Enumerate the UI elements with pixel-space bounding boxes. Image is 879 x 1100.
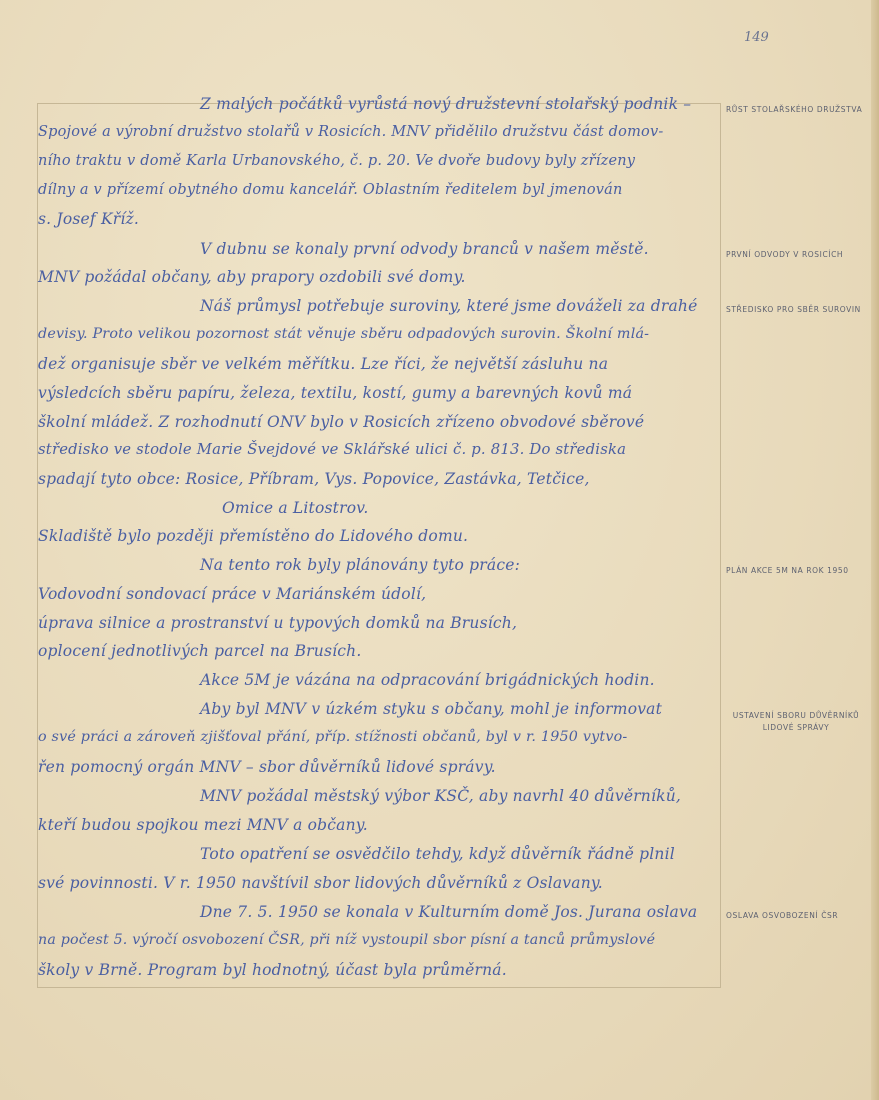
text-line: dež organisuje sběr ve velkém měřítku. L… xyxy=(38,355,608,373)
text-line: Toto opatření se osvědčilo tehdy, když d… xyxy=(200,845,675,863)
text-line: devisy. Proto velikou pozornost stát věn… xyxy=(38,326,649,342)
margin-note: První odvody v Rosicích xyxy=(726,250,843,259)
text-line: výsledcích sběru papíru, železa, textilu… xyxy=(38,384,632,402)
text-line: středisko ve stodole Marie Švejdové ve S… xyxy=(38,441,626,458)
page-number: 149 xyxy=(744,30,769,45)
text-line: ního traktu v domě Karla Urbanovského, č… xyxy=(38,153,635,169)
margin-note: Růst stolařského družstva xyxy=(726,105,862,114)
text-line: Vodovodní sondovací práce v Mariánském ú… xyxy=(38,585,426,603)
margin-note: Středisko pro sběr surovin xyxy=(726,305,861,314)
margin-note: Plán akce 5M na rok 1950 xyxy=(726,566,849,575)
text-line: oplocení jednotlivých parcel na Brusích. xyxy=(38,642,361,660)
text-line: Dne 7. 5. 1950 se konala v Kulturním dom… xyxy=(200,903,697,921)
text-line: s. Josef Kříž. xyxy=(38,210,139,228)
margin-note: Ustavení sboru důvěrníků lidové správy xyxy=(726,710,866,734)
text-line: Spojové a výrobní družstvo stolařů v Ros… xyxy=(38,124,663,140)
margin-note: Oslava osvobození ČSR xyxy=(726,911,838,920)
text-line: své povinnosti. V r. 1950 navštívil sbor… xyxy=(38,874,603,892)
page-edge xyxy=(871,0,879,1100)
text-line: spadají tyto obce: Rosice, Příbram, Vys.… xyxy=(38,470,590,488)
text-line: Z malých počátků vyrůstá nový družstevní… xyxy=(200,95,691,113)
text-line: Aby byl MNV v úzkém styku s občany, mohl… xyxy=(200,700,662,718)
text-line: školy v Brně. Program byl hodnotný, účas… xyxy=(38,961,507,979)
text-line: školní mládež. Z rozhodnutí ONV bylo v R… xyxy=(38,413,644,431)
text-line: o své práci a zároveň zjišťoval přání, p… xyxy=(38,729,627,745)
text-line: na počest 5. výročí osvobození ČSR, při … xyxy=(38,932,655,948)
text-line: Akce 5M je vázána na odpracování brigádn… xyxy=(200,671,655,689)
text-line: dílny a v přízemí obytného domu kancelář… xyxy=(38,182,623,198)
text-line: Na tento rok byly plánovány tyto práce: xyxy=(200,556,520,574)
text-line: MNV požádal občany, aby prapory ozdobili… xyxy=(38,268,466,286)
text-line: úprava silnice a prostranství u typových… xyxy=(38,614,517,632)
text-line: Skladiště bylo později přemístěno do Lid… xyxy=(38,527,468,545)
text-line: V dubnu se konaly první odvody branců v … xyxy=(200,240,649,258)
text-line: kteří budou spojkou mezi MNV a občany. xyxy=(38,816,368,834)
text-line: Omice a Litostrov. xyxy=(222,499,369,517)
text-line: řen pomocný orgán MNV – sbor důvěrníků l… xyxy=(38,758,496,776)
text-line: Náš průmysl potřebuje suroviny, které js… xyxy=(200,297,697,315)
text-line: MNV požádal městský výbor KSČ, aby navrh… xyxy=(200,787,681,805)
